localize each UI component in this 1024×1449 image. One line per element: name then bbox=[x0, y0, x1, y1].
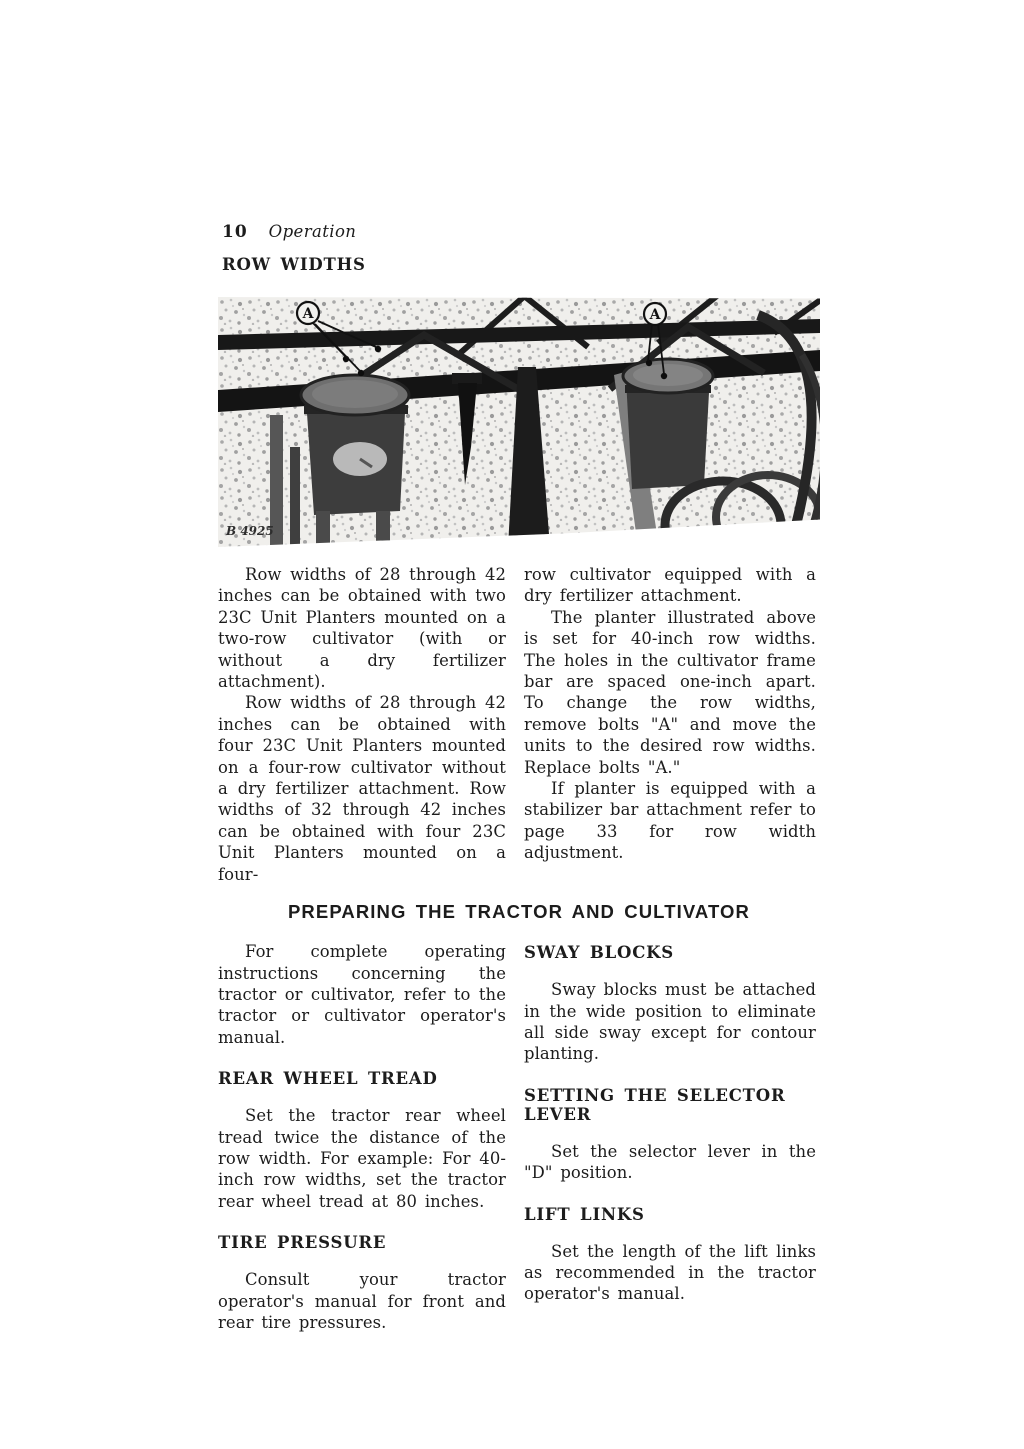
planter-photo-figure: A A B 4925 bbox=[218, 297, 820, 547]
photo-id-label: B 4925 bbox=[225, 524, 274, 538]
running-header: 10 Operation bbox=[222, 222, 820, 242]
rear-wheel-tread-heading: REAR WHEEL TREAD bbox=[218, 1069, 506, 1088]
preparing-right-column: SWAY BLOCKS Sway blocks must be attached… bbox=[524, 941, 816, 1333]
planter-halftone-photo: A A B 4925 bbox=[218, 297, 820, 547]
paragraph: Set the length of the lift links as reco… bbox=[524, 1241, 816, 1305]
paragraph: For complete operating instructions conc… bbox=[218, 941, 506, 1048]
preparing-heading: PREPARING THE TRACTOR AND CULTIVATOR bbox=[218, 901, 820, 923]
row-widths-left-column: Row widths of 28 through 42 inches can b… bbox=[218, 564, 506, 885]
paragraph: If planter is equipped with a stabilizer… bbox=[524, 778, 816, 864]
paragraph: row cultivator equipped with a dry ferti… bbox=[524, 564, 816, 607]
row-widths-columns: Row widths of 28 through 42 inches can b… bbox=[218, 564, 820, 885]
paragraph: Set the selector lever in the "D" positi… bbox=[524, 1141, 816, 1184]
paragraph: Row widths of 28 through 42 inches can b… bbox=[218, 692, 506, 885]
paragraph: Row widths of 28 through 42 inches can b… bbox=[218, 564, 506, 692]
paragraph: The planter illustrated above is set for… bbox=[524, 607, 816, 778]
callout-a-right-label: A bbox=[649, 307, 662, 323]
selector-lever-heading: SETTING THE SELECTOR LEVER bbox=[524, 1086, 816, 1124]
paragraph: Consult your tractor operator's manual f… bbox=[218, 1269, 506, 1333]
callout-a-left-label: A bbox=[302, 306, 315, 322]
manual-page: 10 Operation ROW WIDTHS bbox=[0, 0, 1024, 1449]
page-number: 10 bbox=[222, 222, 248, 242]
paragraph: Set the tractor rear wheel tread twice t… bbox=[218, 1105, 506, 1212]
page-content: 10 Operation ROW WIDTHS bbox=[218, 222, 820, 1333]
preparing-columns: For complete operating instructions conc… bbox=[218, 941, 820, 1333]
lift-links-heading: LIFT LINKS bbox=[524, 1205, 816, 1224]
paragraph: Sway blocks must be attached in the wide… bbox=[524, 979, 816, 1065]
sway-blocks-heading: SWAY BLOCKS bbox=[524, 943, 816, 962]
running-title: Operation bbox=[269, 222, 357, 241]
row-widths-right-column: row cultivator equipped with a dry ferti… bbox=[524, 564, 816, 885]
tire-pressure-heading: TIRE PRESSURE bbox=[218, 1233, 506, 1252]
left-post-2 bbox=[290, 447, 300, 547]
right-seed-hopper bbox=[623, 359, 713, 489]
preparing-left-column: For complete operating instructions conc… bbox=[218, 941, 506, 1333]
row-widths-heading: ROW WIDTHS bbox=[222, 255, 820, 274]
